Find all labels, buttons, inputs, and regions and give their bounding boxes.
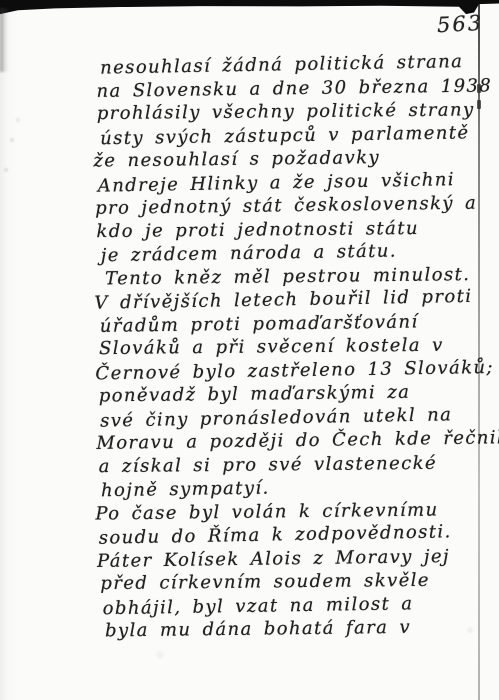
scan-artifact-tick: [477, 100, 481, 109]
page-number: 563: [436, 11, 483, 37]
scanned-document-page: 563 nesouhlasí žádná politická stranana …: [0, 0, 499, 700]
scan-artifact-left-smudge: [0, 8, 9, 72]
handwritten-text-block: nesouhlasí žádná politická stranana Slov…: [88, 51, 481, 644]
handwritten-line: byla mu dána bohatá fara v: [105, 615, 481, 643]
scan-artifact-top-bar: [0, 0, 499, 16]
